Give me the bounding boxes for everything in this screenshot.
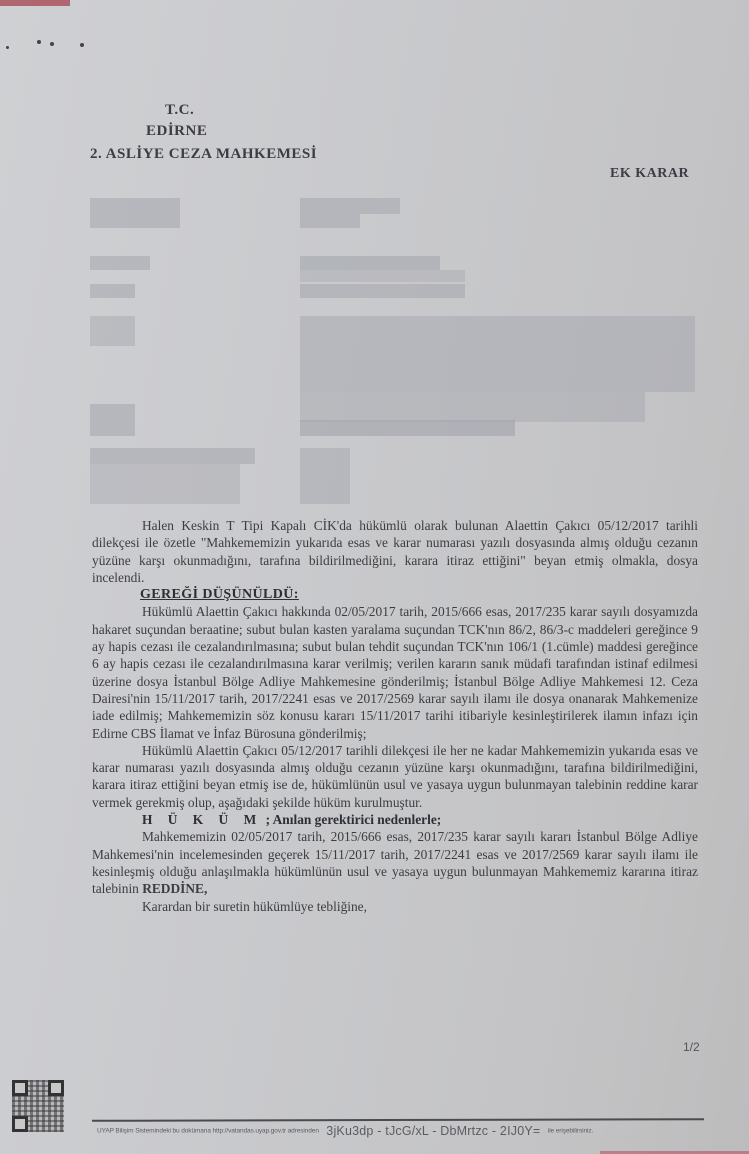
document-type-title: EK KARAR xyxy=(610,166,689,182)
page-number: 1/2 xyxy=(683,1040,700,1054)
section-heading: GEREĞİ DÜŞÜNÜLDÜ: xyxy=(140,586,698,603)
header-country: T.C. xyxy=(165,102,194,119)
paragraph-notification: Karardan bir suretin hükümlüye tebliğine… xyxy=(92,898,698,915)
paragraph-history: Hükümlü Alaettin Çakıcı hakkında 02/05/2… xyxy=(92,603,698,741)
paragraph-petition: Hükümlü Alaettin Çakıcı 05/12/2017 tarih… xyxy=(92,742,698,811)
header-court-name: 2. ASLİYE CEZA MAHKEMESİ xyxy=(90,146,317,163)
hukum-rest: ; Anılan gerektirici nedenlerle; xyxy=(266,812,442,827)
footer-prefix: UYAP Bilişim Sistemindeki bu dokümana ht… xyxy=(97,1127,319,1134)
decision-body: Halen Keskin T Tipi Kapalı CİK'da hüküml… xyxy=(92,517,698,915)
hukum-label: H Ü K Ü M xyxy=(142,812,262,827)
intro-paragraph: Halen Keskin T Tipi Kapalı CİK'da hüküml… xyxy=(92,517,698,586)
header-city: EDİRNE xyxy=(146,123,207,140)
hukum-heading: H Ü K Ü M ; Anılan gerektirici nedenlerl… xyxy=(142,811,698,828)
qr-code-icon xyxy=(12,1080,64,1132)
photo-edge-top xyxy=(0,0,70,6)
footer-suffix: ile erişebilirsiniz. xyxy=(548,1127,593,1134)
footer-verification: UYAP Bilişim Sistemindeki bu dokümana ht… xyxy=(97,1122,717,1140)
ruling-verdict: REDDİNE, xyxy=(142,881,207,896)
verification-code: 3jKu3dp - tJcG/xL - DbMrtzc - 2IJ0Y= xyxy=(326,1124,540,1138)
paragraph-ruling: Mahkememizin 02/05/2017 tarih, 2015/666 … xyxy=(92,828,698,897)
